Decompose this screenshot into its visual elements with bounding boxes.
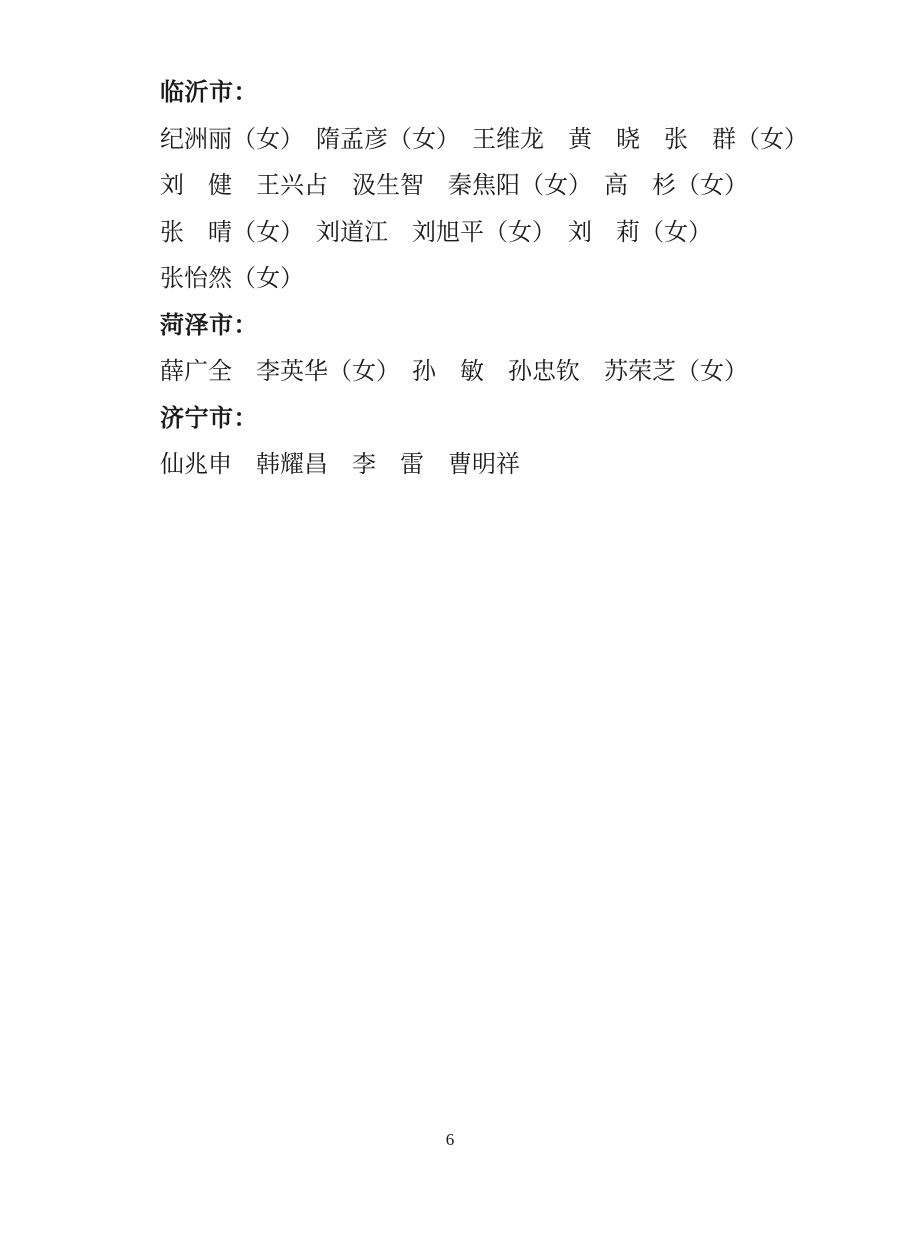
section-heading-heze: 菏泽市：	[160, 303, 840, 350]
name-line: 刘 健 王兴占 汲生智 秦焦阳（女） 高 杉（女）	[160, 163, 840, 210]
page-number: 6	[0, 1130, 900, 1150]
section-heading-jining: 济宁市：	[160, 396, 840, 443]
document-page: 临沂市： 纪洲丽（女） 隋孟彦（女） 王维龙 黄 晓 张 群（女） 刘 健 王兴…	[0, 0, 900, 1234]
document-content: 临沂市： 纪洲丽（女） 隋孟彦（女） 王维龙 黄 晓 张 群（女） 刘 健 王兴…	[160, 70, 840, 489]
name-line: 纪洲丽（女） 隋孟彦（女） 王维龙 黄 晓 张 群（女）	[160, 117, 840, 164]
section-heading-linyi: 临沂市：	[160, 70, 840, 117]
name-line: 张 晴（女） 刘道江 刘旭平（女） 刘 莉（女）	[160, 210, 840, 257]
name-line: 仙兆申 韩耀昌 李 雷 曹明祥	[160, 442, 840, 489]
name-line: 薛广全 李英华（女） 孙 敏 孙忠钦 苏荣芝（女）	[160, 349, 840, 396]
name-line: 张怡然（女）	[160, 256, 840, 303]
